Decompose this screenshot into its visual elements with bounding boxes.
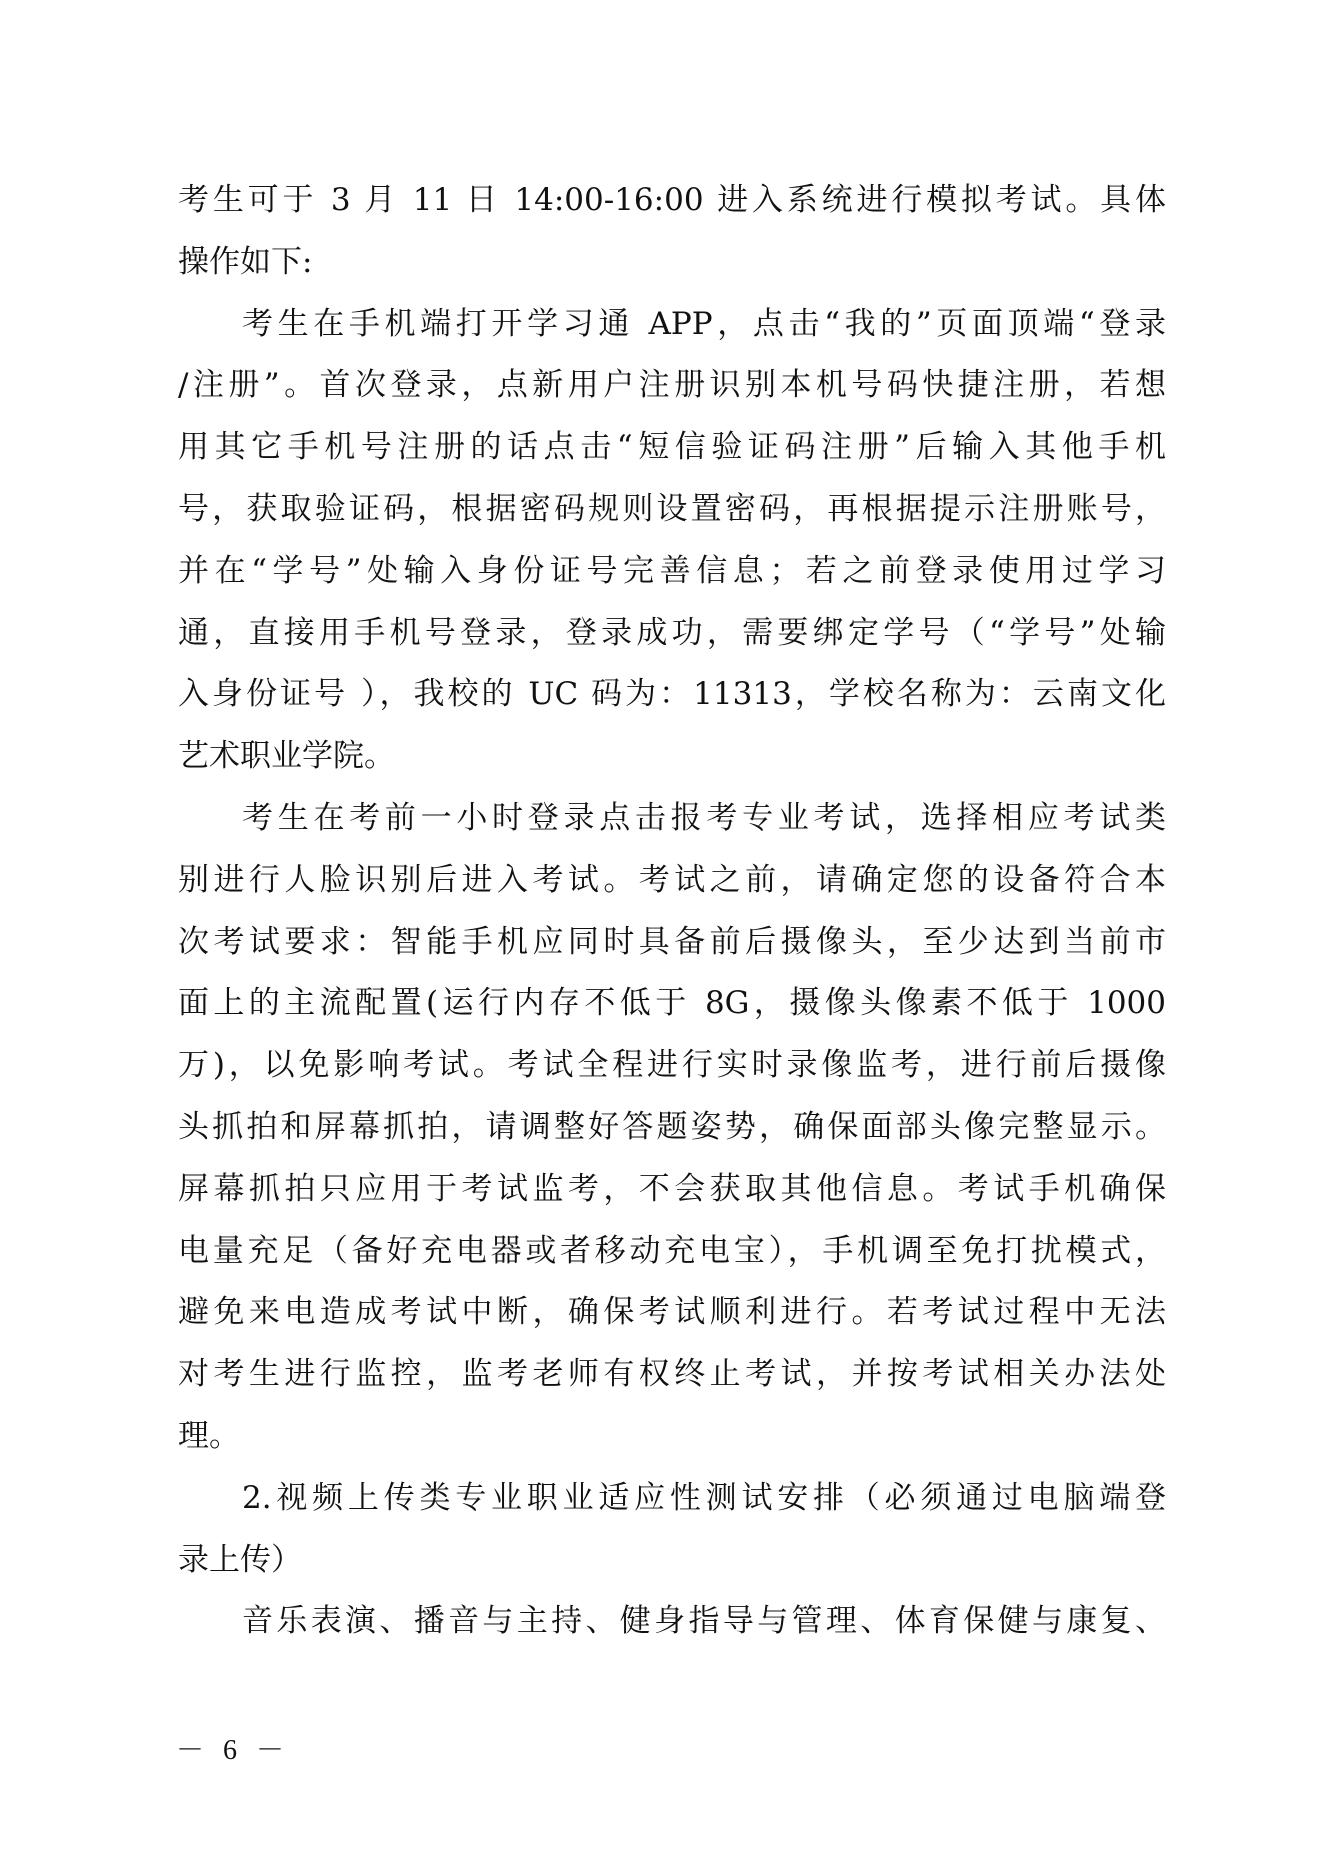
section-heading-line: 2.视频上传类专业职业适应性测试安排（必须通过电脑端登 (178, 1468, 1166, 1530)
paragraph-line: 万)，以免影响考试。考试全程进行实时录像监考，进行前后摄像 (178, 1035, 1166, 1097)
paragraph-line: 并在“学号”处输入身份证号完善信息；若之前登录使用过学习 (178, 541, 1166, 603)
paragraph-line: 入身份证号 ），我校的 UC 码为：11313，学校名称为：云南文化 (178, 664, 1166, 726)
paragraph-line: 用其它手机号注册的话点击“短信验证码注册”后输入其他手机 (178, 417, 1166, 479)
document-body: 考生可于 3 月 11 日 14:00-16:00 进入系统进行模拟考试。具体 … (178, 170, 1166, 1653)
paragraph-line: 音乐表演、播音与主持、健身指导与管理、体育保健与康复、 (178, 1591, 1166, 1653)
paragraph-line: 对考生进行监控，监考老师有权终止考试，并按考试相关办法处 (178, 1344, 1166, 1406)
paragraph-line: 头抓拍和屏幕抓拍，请调整好答题姿势，确保面部头像完整显示。 (178, 1097, 1166, 1159)
paragraph-line: 操作如下: (178, 232, 1166, 294)
paragraph-line: 号，获取验证码，根据密码规则设置密码，再根据提示注册账号， (178, 479, 1166, 541)
paragraph-line: 艺术职业学院。 (178, 726, 1166, 788)
document-page: 考生可于 3 月 11 日 14:00-16:00 进入系统进行模拟考试。具体 … (0, 0, 1323, 1871)
paragraph-line: 考生可于 3 月 11 日 14:00-16:00 进入系统进行模拟考试。具体 (178, 170, 1166, 232)
page-number: － 6 － (176, 1728, 290, 1768)
paragraph-line: 通，直接用手机号登录，登录成功，需要绑定学号（“学号”处输 (178, 603, 1166, 665)
paragraph-line: 屏幕抓拍只应用于考试监考，不会获取其他信息。考试手机确保 (178, 1159, 1166, 1221)
paragraph-line: /注册”。首次登录，点新用户注册识别本机号码快捷注册，若想 (178, 355, 1166, 417)
paragraph-line: 理。 (178, 1406, 1166, 1468)
paragraph-line: 次考试要求：智能手机应同时具备前后摄像头，至少达到当前市 (178, 912, 1166, 974)
section-heading-line: 录上传） (178, 1530, 1166, 1592)
paragraph-line: 电量充足（备好充电器或者移动充电宝），手机调至免打扰模式， (178, 1221, 1166, 1283)
paragraph-line: 面上的主流配置(运行内存不低于 8G，摄像头像素不低于 1000 (178, 973, 1166, 1035)
paragraph-line: 别进行人脸识别后进入考试。考试之前，请确定您的设备符合本 (178, 850, 1166, 912)
paragraph-line: 避免来电造成考试中断，确保考试顺利进行。若考试过程中无法 (178, 1282, 1166, 1344)
paragraph-line: 考生在考前一小时登录点击报考专业考试，选择相应考试类 (178, 788, 1166, 850)
paragraph-line: 考生在手机端打开学习通 APP，点击“我的”页面顶端“登录 (178, 294, 1166, 356)
